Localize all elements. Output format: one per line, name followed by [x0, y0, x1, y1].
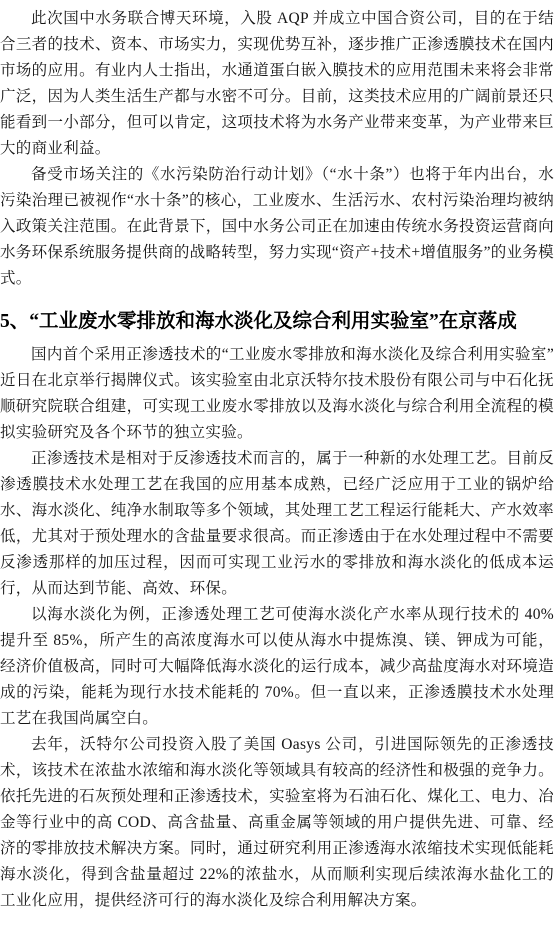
document-body: 此次国中水务联合博天环境，入股 AQP 并成立中国合资公司，目的在于结合三者的技… [0, 6, 554, 914]
paragraph: 正渗透技术是相对于反渗透技术而言的，属于一种新的水处理工艺。目前反渗透膜技术水处… [0, 446, 554, 602]
section-heading: 5、“工业废水零排放和海水淡化及综合利用实验室”在京落成 [0, 308, 554, 336]
paragraph: 备受市场关注的《水污染防治行动计划》（“水十条”）也将于年内出台，水污染治理已被… [0, 162, 554, 292]
paragraph: 此次国中水务联合博天环境，入股 AQP 并成立中国合资公司，目的在于结合三者的技… [0, 6, 554, 162]
document-page: 此次国中水务联合博天环境，入股 AQP 并成立中国合资公司，目的在于结合三者的技… [0, 0, 554, 933]
paragraph: 去年，沃特尔公司投资入股了美国 Oasys 公司，引进国际领先的正渗透技术，该技… [0, 732, 554, 914]
paragraph: 国内首个采用正渗透技术的“工业废水零排放和海水淡化及综合利用实验室”近日在北京举… [0, 342, 554, 446]
paragraph: 以海水淡化为例，正渗透处理工艺可使海水淡化产水率从现行技术的 40%提升至 85… [0, 602, 554, 732]
